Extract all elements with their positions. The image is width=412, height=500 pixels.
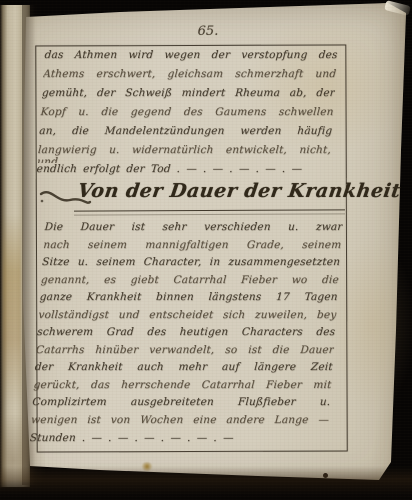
section-heading: Von der Dauer der Krankheit [76,180,347,202]
handwritten-line: Kopf u. die gegend des Gaumens schwellen [40,106,334,125]
page-edge-stain [3,215,21,405]
handwritten-line: vollständigst und entscheidet sich zuwei… [38,309,337,327]
handwritten-line: schwerem Grad des heutigen Characters de… [36,326,335,344]
handwritten-line: Complizirtem ausgebreiteten Flußfieber u… [32,396,331,414]
page-number: 65. [183,24,233,39]
handwritten-line: der Krankheit auch mehr auf längere Zeit [34,361,333,379]
handwritten-line: wenigen ist von Wochen eine andere Lange… [30,414,329,432]
section-heading-row: Von der Dauer der Krankheit [44,180,346,212]
handwritten-line: Catarrhs hinüber verwandelt, so ist die … [35,344,334,362]
handwritten-line: gemüht, der Schweiß mindert Rheuma ab, d… [41,87,335,106]
manuscript-photo: 65. das Athmen wird wegen der verstopfun… [0,0,412,500]
paragraph-2: Die Dauer ist sehr verschieden u. zwar n… [29,221,343,449]
handwritten-line: langwierig u. widernatürlich entwickelt,… [37,144,331,163]
handwritten-line: Sitze u. seinem Character, in zusammenge… [41,256,340,274]
handwritten-line: Die Dauer ist sehr verschieden u. zwar [44,221,343,239]
handwritten-line: an, die Mandelentzündungen werden häufig [38,125,332,144]
handwritten-line: genannt, es giebt Catarrhal Fieber wo di… [40,274,339,292]
handwritten-line: Athems erschwert, gleichsam schmerzhaft … [42,68,336,87]
handwritten-line: ganze Krankheit binnen längstens 17 Tage… [39,291,338,309]
handwritten-line: nach seinem mannigfaltigen Grade, seinem [43,239,342,257]
handwritten-line: gerückt, das herrschende Catarrhal Fiebe… [33,379,332,397]
paragraph-1: das Athmen wird wegen der verstopfung de… [36,49,338,182]
handwritten-line: das Athmen wird wegen der verstopfung de… [44,49,338,68]
handwritten-line: Stunden . — . — . — . — . — . — [29,432,328,450]
